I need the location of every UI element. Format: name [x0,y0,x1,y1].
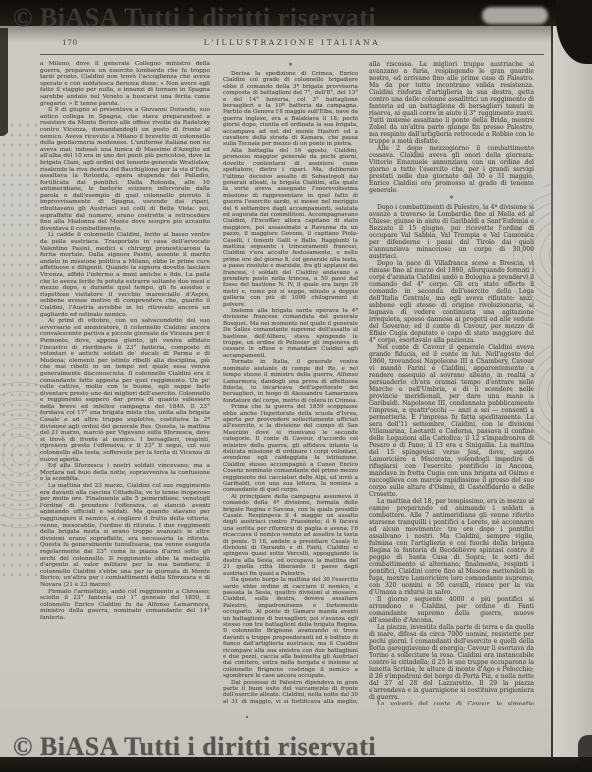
paragraph: Nel conte di Cavour il generale Cialdini… [369,344,534,498]
paragraph: Alle 2 dopo mezzogiorno il combattimento… [369,145,534,194]
paragraph: Firmato l'armistizio, andò col reggiment… [40,589,210,622]
paragraph: La volontà del conte di Cavour, le simpa… [369,701,534,705]
paragraph: Insieme alla brigata sarda operava la 4ª… [223,308,358,359]
paragraph: Da questo borgo la mattina del 30 l'eser… [223,577,358,680]
paragraph: alla riscossa. Le migliori truppe austri… [369,61,534,145]
paragraph: Ai primi di ottobre, con un salvacondott… [40,318,210,463]
page-title: L'ILLUSTRAZIONE ITALIANA [40,38,544,47]
scanned-magazine-page: 170 L'ILLUSTRAZIONE ITALIANA a Milano, d… [0,0,592,772]
header-rule [40,54,544,55]
paragraph: Il 9 di giugno si presentava a Giovanni … [40,107,210,232]
column-2-text: Decisa la spedizione di Crimea, Enrico C… [223,71,358,705]
paragraph: Alla battaglia del 16 agosto, Cialdini, … [223,148,358,308]
watermark-top: © BiASA Tutti i diritti riservati [13,3,376,33]
paragraph: Ed alla Sforzesca i nostri soldati vince… [40,463,210,483]
printed-content: 170 L'ILLUSTRAZIONE ITALIANA a Milano, d… [0,0,592,772]
paragraph: Lì cadde il colonnello Cialdini, ferito … [40,232,210,318]
paragraph: Il giorno seguente 4000 e più pontifici … [369,596,534,624]
column-3-text-before: alla riscossa. Le migliori truppe austri… [369,61,534,194]
paragraph: Dopo la pace di Villafranca scese a Bres… [369,260,534,344]
scan-dark-corner-bottom-right [578,735,592,765]
paragraph: Al principiare della campagna assumeva i… [223,494,358,577]
section-separator-star: * [369,194,534,204]
paragraph: La mattina del 18, per tempissimo, era i… [369,498,534,596]
paragraph: Dal possesso di Palestro dipendeva in gr… [223,680,358,705]
paragraph: Decisa la spedizione di Crimea, Enrico C… [223,71,358,148]
paragraph: Prima che la guerra del 1859 scoppiasse … [223,404,358,494]
paragraph: La mattina del 23 marzo, Cialdini col su… [40,483,210,589]
paragraph: a Milano, dove il generale Collegno mini… [40,61,210,107]
paragraph: Tornato in Italia, il generale veniva no… [223,359,358,404]
text-columns: a Milano, dove il generale Collegno mini… [40,61,534,705]
paragraph: La piazza, investita dalla parte di terr… [369,624,534,701]
text-column-2: * Decisa la spedizione di Crimea, Enrico… [223,61,358,705]
scan-border-notch [482,7,548,24]
section-separator-star: * [223,61,358,71]
text-column-3: alla riscossa. Le migliori truppe austri… [369,61,534,705]
watermark-bottom: © BiASA Tutti i diritti riservati [13,732,376,762]
paragraph: Dopo i combattimenti di Palestro, la 4ª … [369,204,534,260]
column-3-text-after: Dopo i combattimenti di Palestro, la 4ª … [369,204,534,705]
text-column-1: a Milano, dove il generale Collegno mini… [40,61,210,705]
